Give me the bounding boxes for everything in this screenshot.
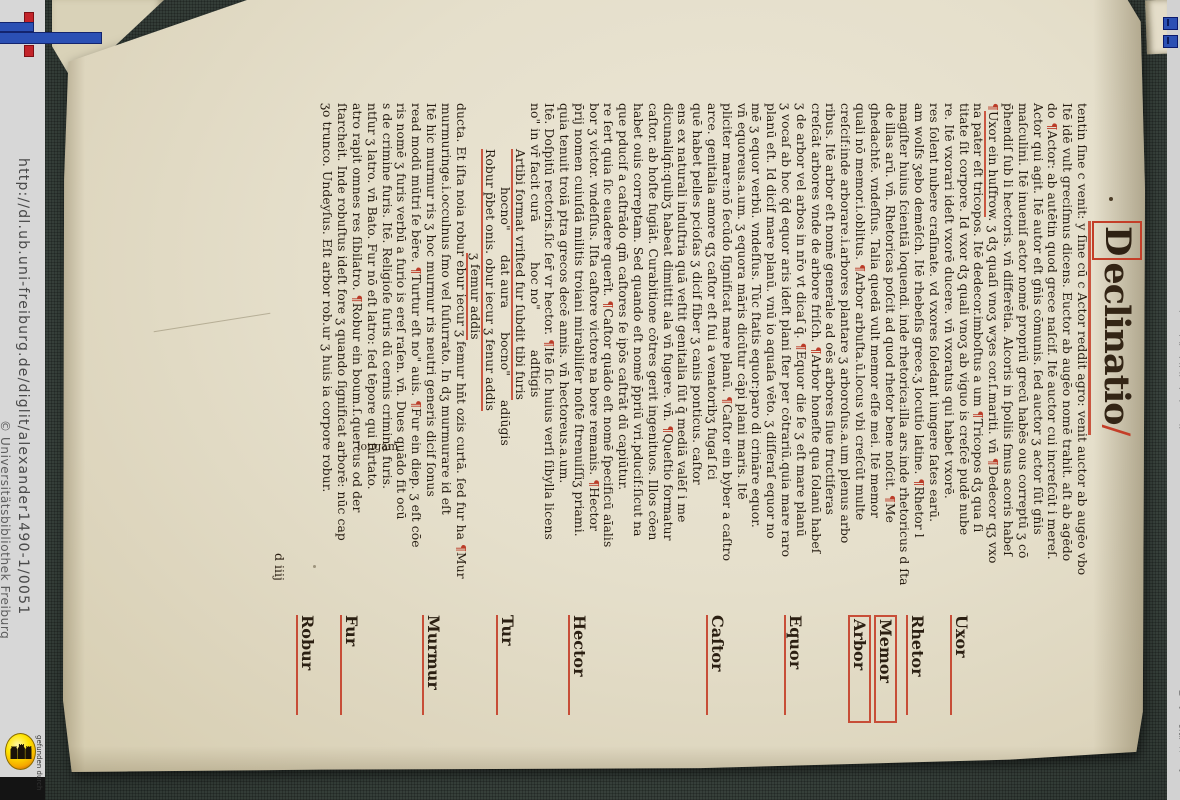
text-line: titate ſit corpore. Id vxor dʒ quali vno… <box>956 103 971 617</box>
text-line: re. Itē vxorari ideſt vxorē ducere. vn̄ … <box>941 103 956 617</box>
text-line: ducta. Et iſta noia robur ebur iecur ʒ f… <box>453 103 468 617</box>
nav-bar-icon[interactable] <box>0 32 102 44</box>
text-line: creſcif:inde arborare.i.arbores plantare… <box>837 103 852 617</box>
marginal-word: Arbor <box>848 615 871 723</box>
text-line: dicunaliqn̄:quibʒ habeat dimittit ala vn… <box>660 103 675 617</box>
text-line: Itē. Doſpitū rectoris.ſic ſer̄ vr hector… <box>542 103 557 617</box>
interlinear-note: longam <box>357 440 398 453</box>
marginal-word: Fur <box>340 615 361 715</box>
marginal-word: Tur <box>496 615 517 715</box>
text-line: Artibi format vriſted fur ſubdit tibi fu… <box>512 103 527 617</box>
book-scan-area: Declinatio/ tentin ſine c venit: y ſine … <box>45 0 1167 800</box>
text-line: ¶Uxor ein huſfrow. ʒ dʒ quaſi vnoʒ wʒes … <box>985 103 1000 617</box>
text-line: que pducif a caſtrādo qm̄ caſtores ſe ip… <box>616 103 631 617</box>
text-line: ribus. Itē arbor eſt nomē generale ad oē… <box>823 103 838 617</box>
marginal-word: Equor <box>784 615 805 715</box>
text-line: quē habet pelles pcioſas ʒ dicif fiber ʒ… <box>689 103 704 617</box>
nav-bar-icon[interactable] <box>0 22 34 32</box>
text-line: am wolfs ʒebo demēſch. Itē rhebeſis grec… <box>911 103 926 617</box>
rotated-text-region: Declinatio/ tentin ſine c venit: y ſine … <box>257 101 1137 715</box>
text-line: ʒ vocaſ ab hoc q̄d equor aris ideſt plan… <box>778 103 793 617</box>
marginal-word: Robur <box>296 615 317 715</box>
text-line: caſtor. ab hoſte fugiāt. Curabitione cōt… <box>645 103 660 617</box>
text-line: quia tenuit troiā ptra grecos decē annis… <box>556 103 571 617</box>
text-line: Itē idē vult greciſmus dicens. Euctor ab… <box>1059 103 1074 617</box>
text-line: murmuringe.i.occulnus ſmo vel ſuſurrato.… <box>438 103 453 617</box>
chapter-heading: Declinatio/ <box>1088 221 1141 435</box>
red-marker-icon[interactable] <box>24 45 34 57</box>
text-line: Robur p̄bet onis. obur iecur ʒ fenur add… <box>482 103 497 617</box>
page-crease <box>154 313 271 332</box>
text-line: p̄hendiſ ſub li hectoris. vn̄ differētia… <box>1000 103 1015 617</box>
page-nav-icon[interactable] <box>1163 35 1178 48</box>
text-line: atro rapit omnes res ſibilatro. ¶Robur e… <box>349 103 364 617</box>
text-line: bor ʒ victor. vndeſſus. Iſta caſtore vic… <box>586 103 601 617</box>
marginal-word: Uxor <box>950 615 971 715</box>
text-line: res ſolent nubere craſinate. vd vxores ſ… <box>926 103 941 617</box>
text-line: ʒo trunco. Undeyſus. Eſt arbor rob.ur ʒ … <box>320 103 335 617</box>
text-line: habet ouis correptam. Sed quando eſt nom… <box>630 103 645 617</box>
text-line: ris nomē ʒ furis verbū a furio is ereſ r… <box>394 103 409 617</box>
text-line: Itē hic murmur ris ʒ hoc murmur ris neut… <box>423 103 438 617</box>
text-line: do ¶Actor: ab autētin quod grece naſcif.… <box>1045 103 1060 617</box>
text-line: re ſert quia ſic euadere querīt. ¶Caſtor… <box>601 103 616 617</box>
page-nav-icon[interactable] <box>1163 17 1178 30</box>
text-line: ens ex naturali induſtria quā veſtit gen… <box>675 103 690 617</box>
text-line: ntſur ʒ latro. vn̄ Bato. Fur nō eſt latr… <box>364 103 379 617</box>
red-slash-mark: / <box>1096 424 1136 435</box>
viewer-screenshot: { "frame": { "url_text": "http://dl.ub.u… <box>0 0 1180 800</box>
page-text-content: Declinatio/ tentin ſine c venit: y ſine … <box>257 101 1137 715</box>
text-block: tentin ſine c venit: y ſine cū c Actor r… <box>320 103 1089 617</box>
text-line: read modū mūtri ſe bēre. ¶Turtur eſt no"… <box>408 103 423 617</box>
text-line: no" in vr̄ facit curā hoc no" adſtigis <box>527 103 542 617</box>
quire-signature: d iiij <box>272 553 287 581</box>
text-line: quali nō memor.i.oblitus. ¶Arbor arbuſta… <box>852 103 867 617</box>
marginal-word: Hector <box>568 615 589 715</box>
text-line: mē ʒ equor verbū. vndeſſus. Tūc ſtatis e… <box>749 103 764 617</box>
text-line: ʒ de arbor vel arbos in nr̄o vt dicaſ q̄… <box>793 103 808 617</box>
text-line: ghedachtē. vndeſſus. Talia quedā vult me… <box>867 103 882 617</box>
text-line: arce. genitalia amore qʒ caſtor eſt ſui … <box>704 103 719 617</box>
text-line: ʒ femur addis <box>468 103 483 617</box>
marginal-word: Caſtor <box>706 615 727 715</box>
text-line: pliciter mare:nō ſecūdo ſignificat mare … <box>719 103 734 617</box>
text-line: tentin ſine c venit: y ſine cū c Actor r… <box>1074 103 1089 617</box>
ornate-initial: D <box>1092 221 1142 260</box>
text-line: hocno" dat aura bocno" adiūgis <box>497 103 512 617</box>
marginal-word: Memor <box>874 615 897 723</box>
text-line: na pater eſt tricopos. Itē dedecor.imboſ… <box>971 103 986 617</box>
text-line: planū eſt. Id dicif mare planū. vnū io a… <box>763 103 778 617</box>
text-line: Actor qui agit. Itē autor eſt gn̄is cōmu… <box>1030 103 1045 617</box>
found-by-label: gefunden durch <box>35 735 43 790</box>
text-line: p̄rij nomen cuiuſdā militis troiani mira… <box>571 103 586 617</box>
text-line: maſculini. Itē inueniſ actor nomē propri… <box>1015 103 1030 617</box>
text-line: ſtarcheit. Inde robuſtus ideſt fore ʒ qu… <box>334 103 349 617</box>
marginal-word: Murmur <box>422 615 443 715</box>
source-url-text: http://dl.ub.uni-freiburg.de/diglit/alex… <box>15 158 31 615</box>
text-line: vn̄ equoreus.a.um. ʒ equora māris dicūtu… <box>734 103 749 617</box>
text-line: creſcāt arbores vnde de arbore friſch. ¶… <box>808 103 823 617</box>
text-line: s de crimine furis. Itē. Religioſe ſuris… <box>379 103 394 617</box>
text-line: de illas arū. vn̄. Rhetoricas poſcit ad … <box>882 103 897 617</box>
copyright-text-left: © Universitätsbibliothek Freiburg <box>0 420 12 639</box>
text-line: magiſter huius ſcientiā loquendi. inde r… <box>897 103 912 617</box>
marginal-word: Rhetor <box>906 615 927 715</box>
three-towers-icon <box>9 742 32 760</box>
library-emblem-logo[interactable] <box>5 733 36 770</box>
